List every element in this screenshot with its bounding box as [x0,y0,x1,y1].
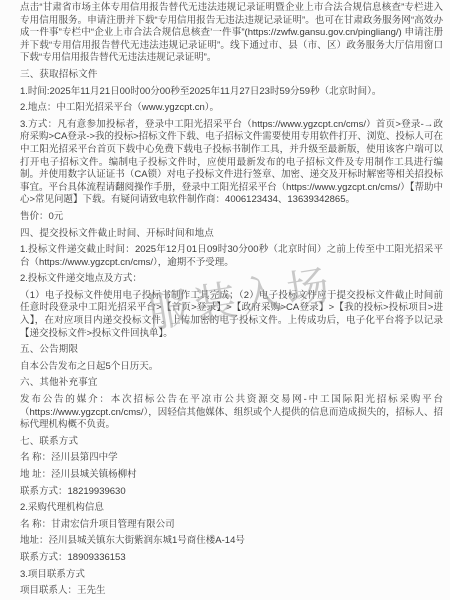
agency-phone: 联系方式：18909336153 [20,552,443,565]
agency-info-heading: 2.采购代理机构信息 [20,502,443,515]
submission-method-detail: （1）电子投标文件使用电子投标书制作工具完成；（2）电子投标文件应于提交投标文件… [20,290,443,340]
announcement-period: 自本公告发布之日起5个日历天。 [20,361,443,374]
bid-doc-location: 2.地点：中工阳光招采平台（www.ygzcpt.cn）。 [20,102,443,115]
bid-doc-time: 1.时间:2025年11月21日00时00分00秒至2025年11月27日23时… [20,86,443,99]
agency-address: 地址：泾川县城关镇东大街紫润东城1号商住楼A-14号 [20,535,443,548]
project-contact-heading: 3.项目联系方式 [20,569,443,582]
intro-paragraph: 点击“甘肃省市场主体专用信用报告替代无违法违规记录证明暨企业上市合法合规信息核查… [20,2,443,65]
publication-media: 发布公告的媒介：本次招标公告在平凉市公共资源交易网-中工国际阳光招标采购平台（h… [20,394,443,432]
purchaser-phone: 联系方式：18219939630 [20,486,443,499]
project-contact-person: 项目联系人：王先生 [20,585,443,598]
submission-method-label: 2.投标文件递交地点及方式： [20,273,443,286]
section-6-heading: 六、其他补充事宜 [20,377,443,390]
purchaser-name: 名 称：泾川县第四中学 [20,452,443,465]
section-5-heading: 五、公告期限 [20,344,443,357]
submission-deadline: 1.投标文件递交截止时间：2025年12月01日09时30分00秒（北京时间）之… [20,244,443,269]
section-4-heading: 四、提交投标文件截止时间、开标时间和地点 [20,228,443,241]
agency-name: 名 称：甘肃宏信升项目管理有限公司 [20,519,443,532]
bid-doc-method: 3.方式：凡有意参加投标者，登录中工阳光招采平台（https://www.ygz… [20,119,443,207]
purchaser-address: 地 址：泾川县城关镇杨柳村 [20,469,443,482]
section-7-heading: 七、联系方式 [20,436,443,449]
section-3-heading: 三、获取招标文件 [20,69,443,82]
document-body: 点击“甘肃省市场主体专用信用报告替代无违法违规记录证明暨企业上市合法合规信息核查… [20,2,443,600]
document-page: 点击“甘肃省市场主体专用信用报告替代无违法违规记录证明暨企业上市合法合规信息核查… [0,0,450,600]
price-line: 售价：0元 [20,211,443,224]
